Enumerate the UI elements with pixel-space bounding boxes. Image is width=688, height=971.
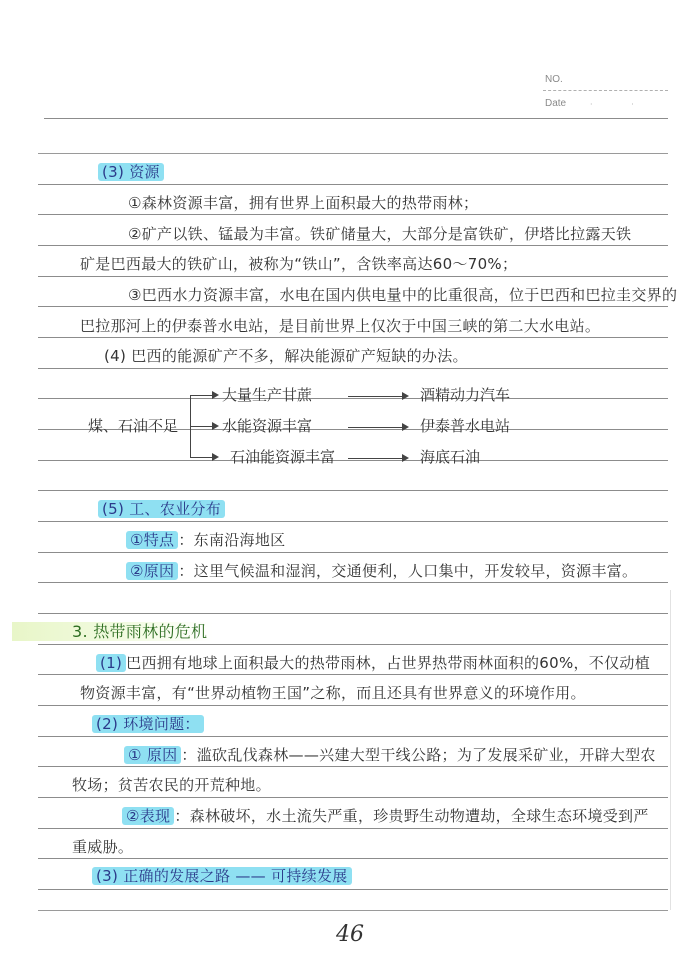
effect-line-2: 重威胁。 [72,837,133,857]
industry-item-2: ②原因：这里气候温和湿润，交通便利，人口集中，开发较早，资源丰富。 [126,561,637,581]
effect-line-1: ②表现：森林破坏，水土流失严重，珍贵野生动物遭劫，全球生态环境受到严 [122,806,649,826]
date-dots: · · [590,100,652,109]
no-label: NO. [545,74,563,85]
sustainable-development-heading: (3) 正确的发展之路 —— 可持续发展 [92,866,352,886]
page-number: 46 [336,922,364,947]
arrow-icon [212,391,219,399]
resources-item-3-line-2: 巴拉那河上的伊泰普水电站，是目前世界上仅次于中国三峡的第二大水电站。 [80,316,600,336]
resources-item-4: (4) 巴西的能源矿产不多，解决能源矿产短缺的办法。 [104,346,468,366]
industry-item-1: ①特点：东南沿海地区 [126,530,285,550]
diagram-result-3: 海底石油 [420,446,480,467]
diagram-source: 煤、石油不足 [88,415,178,436]
crisis-p1-line-1: (1)巴西拥有地球上面积最大的热带雨林，占世界热带雨林面积的60%，不仅动植 [96,653,650,673]
arrow-icon [402,423,409,431]
resources-item-3-line-1: ③巴西水力资源丰富，水电在国内供电量中的比重很高，位于巴西和巴拉圭交界的 [128,285,677,305]
arrow-icon [212,453,219,461]
page-edge [670,590,671,910]
notebook-page: NO. Date · · (3) 资源 ①森林资源丰富，拥有世界上面积最大的热带 [0,0,688,971]
industry-heading: (5) 工、农业分布 [98,499,225,519]
crisis-p1-line-2: 物资源丰富，有“世界动植物王国”之称，而且还具有世界意义的环境作用。 [80,683,586,703]
resources-item-2-line-1: ②矿产以铁、锰最为丰富。铁矿储量大，大部分是富铁矿，伊塔比拉露天铁 [128,224,631,244]
crisis-heading: 3. 热带雨林的危机 [72,622,213,642]
no-dotted-line [543,90,668,91]
cause-line-1: ① 原因：滥砍乱伐森林——兴建大型干线公路；为了发展采矿业，开辟大型农 [124,745,656,765]
arrow-icon [212,422,219,430]
environment-problems-heading: (2) 环境问题： [92,714,204,734]
resources-item-1: ①森林资源丰富，拥有世界上面积最大的热带雨林； [128,193,478,213]
arrow-icon [402,454,409,462]
diagram-cause-2: 水能资源丰富 [222,415,312,436]
diagram-result-2: 伊泰普水电站 [420,415,510,436]
diagram-result-1: 酒精动力汽车 [420,384,510,405]
cause-line-2: 牧场；贫苦农民的开荒种地。 [72,775,271,795]
diagram-cause-3: 石油能资源丰富 [230,446,335,467]
diagram-cause-1: 大量生产甘蔗 [222,384,312,405]
resources-item-2-line-2: 矿是巴西最大的铁矿山，被称为“铁山”，含铁率高达60～70%； [80,254,517,274]
date-label: Date [545,98,566,109]
arrow-icon [402,392,409,400]
resources-heading: (3) 资源 [98,162,164,182]
